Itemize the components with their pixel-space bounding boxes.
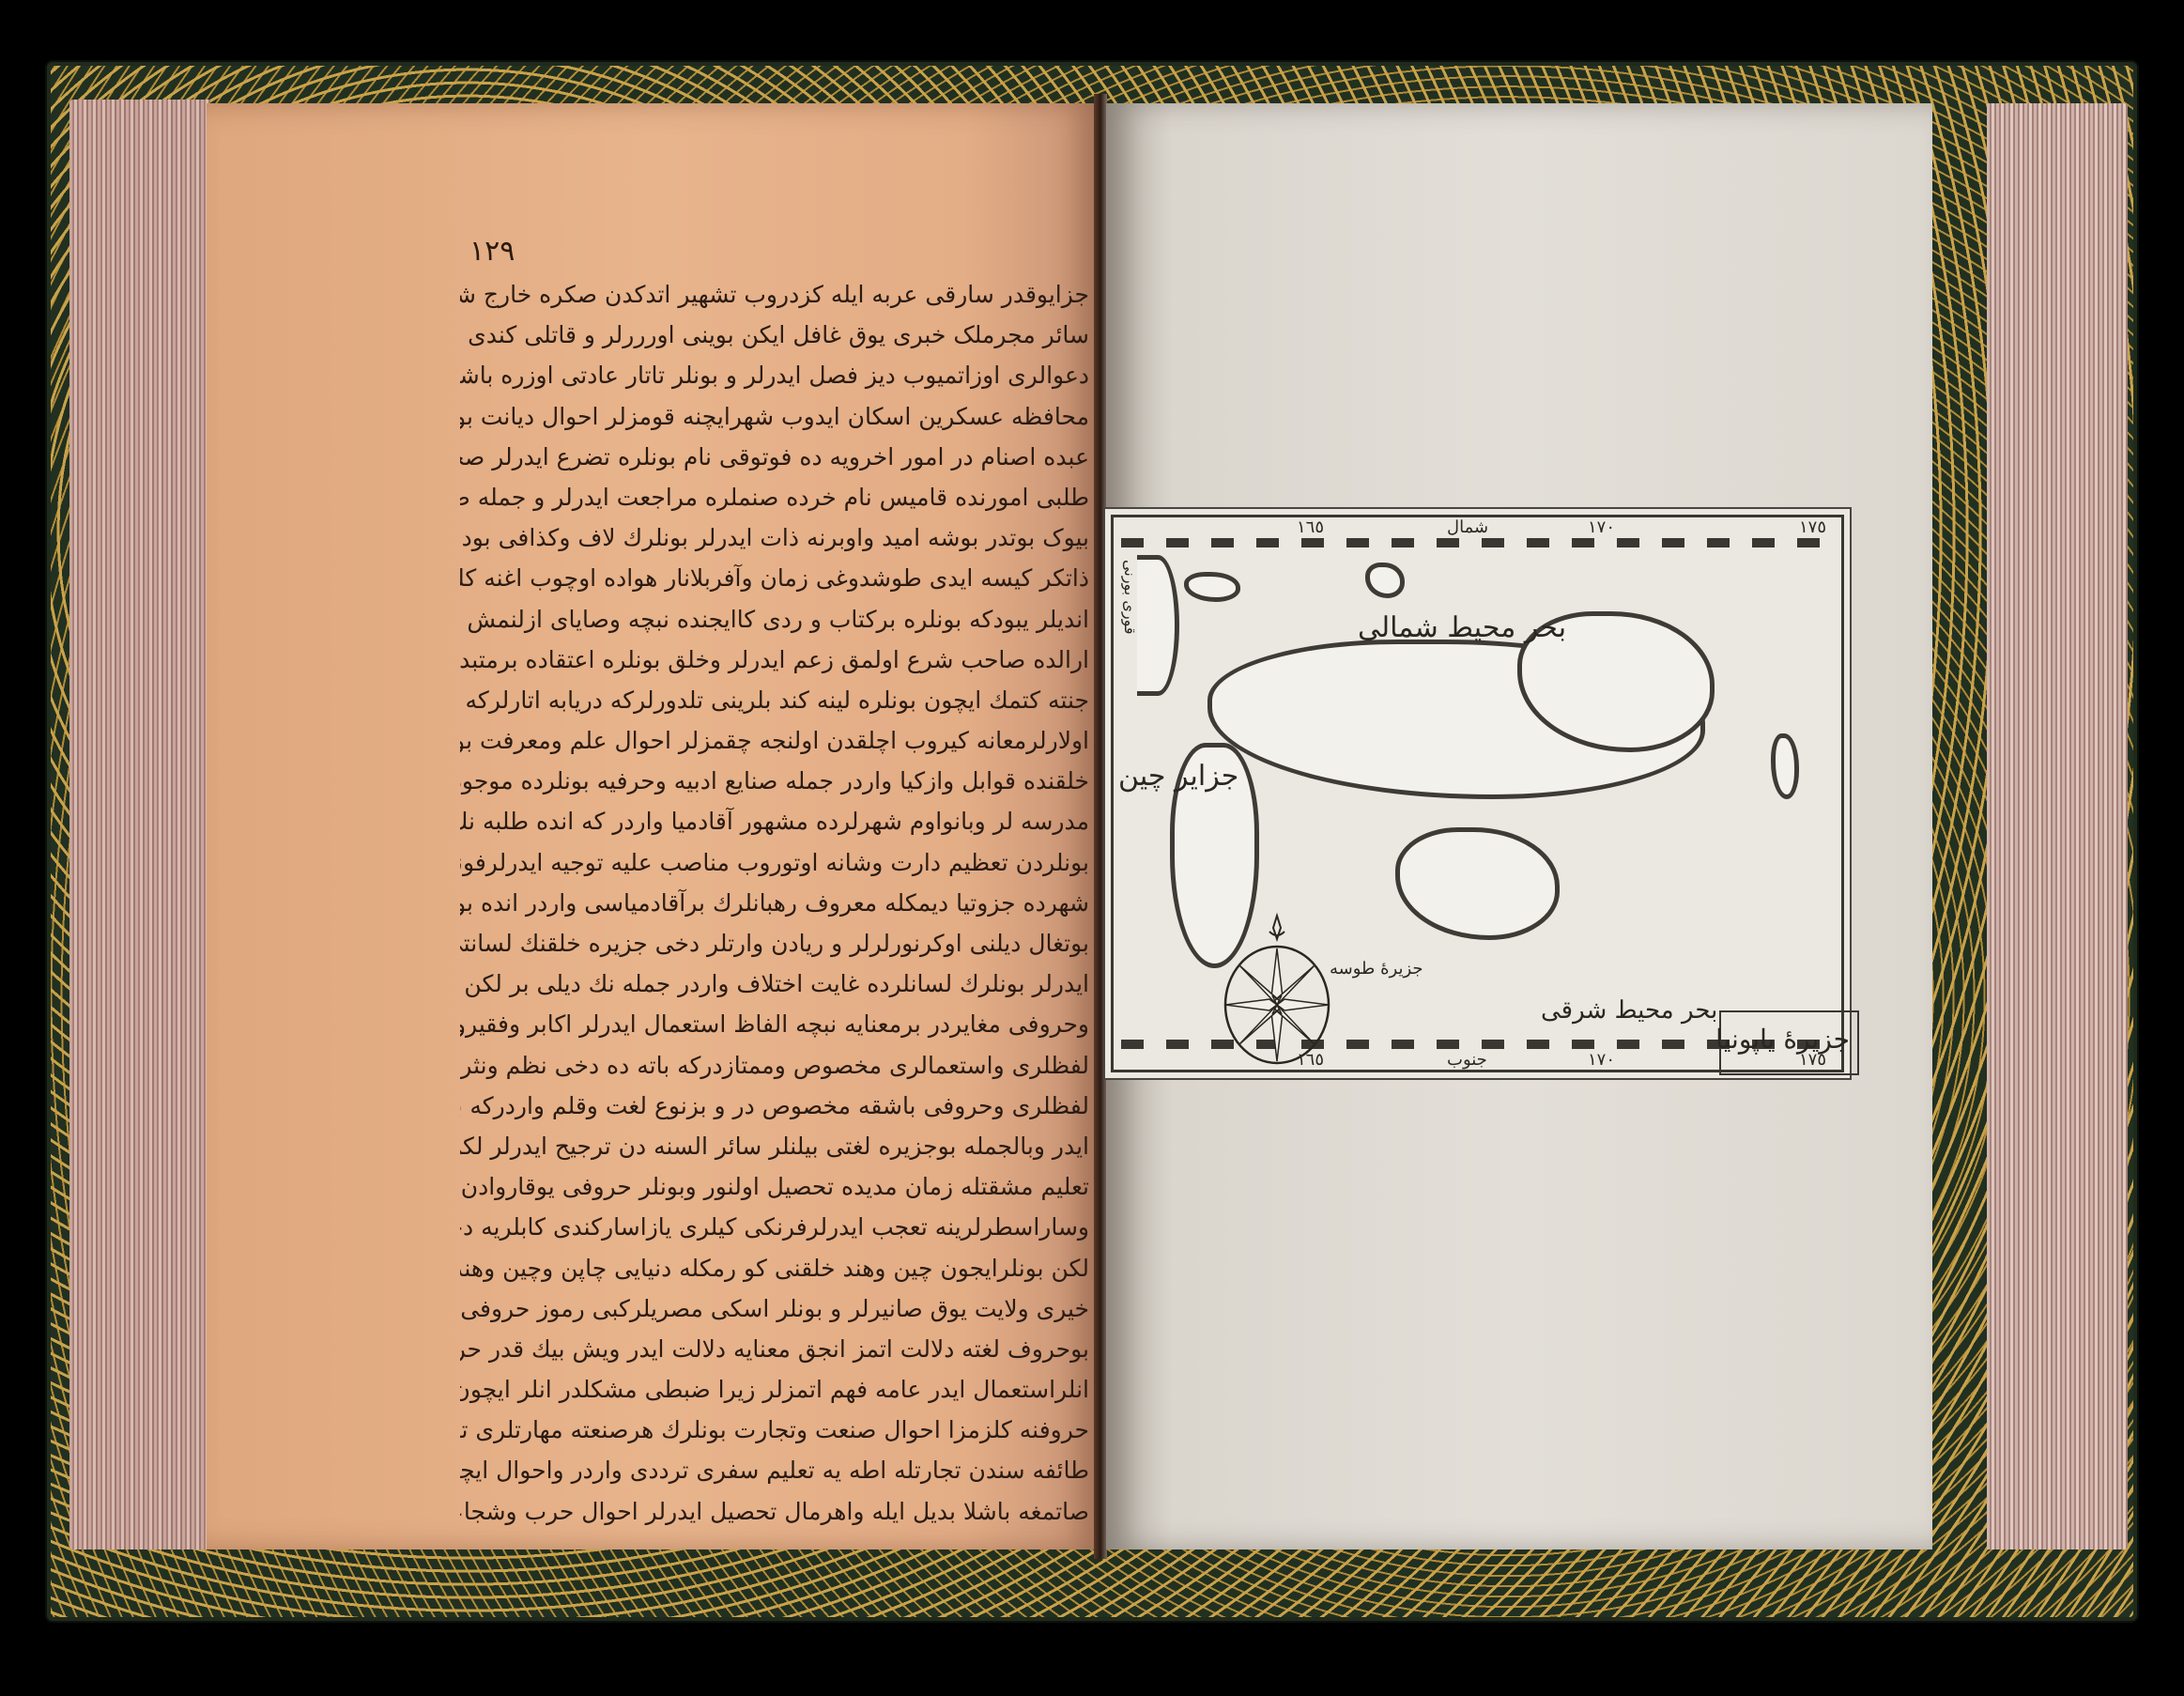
south-label: جنوب: [1447, 1050, 1487, 1070]
text-line: طائفه سندن تجارتله اطه یه تعلیم سفری ترد…: [460, 1450, 1089, 1490]
text-line: محافظه عسکرین اسکان ایدوب شهرایچنه قومزل…: [460, 396, 1089, 437]
north-label: شمال: [1447, 517, 1488, 537]
text-line: بونلردن تعظیم دارت وشانه اوتوروب مناصب ع…: [460, 842, 1089, 883]
text-line: دعوالری اوزاتمیوب دیز فصل ایدرلر و بونلر…: [460, 355, 1089, 395]
text-line: ایدرلر بونلرك لسانلرده غایت اختلاف واردر…: [460, 964, 1089, 1004]
page-number: ١٢٩: [469, 235, 515, 268]
text-line: ایدر وبالجمله بوجزیره لغتی بیلنلر سائر ا…: [460, 1126, 1089, 1166]
text-line: حروفنه کلزمزا احوال صنعت وتجارت بونلرك ه…: [460, 1410, 1089, 1450]
text-line: لفظلری واستعمالری مخصوص وممتازدرکه باته …: [460, 1045, 1089, 1086]
sado-island: [1365, 563, 1405, 598]
compass-rose-icon: [1221, 911, 1333, 1066]
text-line: جنته کتمك ایچون بونلره لینه کند بلرینی ت…: [460, 680, 1089, 720]
map-title: جزیرهٔ یاپونیا: [1715, 1024, 1850, 1055]
text-line: مدرسه لر وبانواوم شهرلرده مشهور آقادمیا …: [460, 801, 1089, 841]
text-line: وساراسطرلرینه تعجب ایدرلرفرنکی کیلری یاز…: [460, 1207, 1089, 1247]
right-page-edges: [1987, 103, 2128, 1550]
oki-island: [1184, 572, 1240, 602]
text-line: انلراستعمال ایدر عامه فهم اتمزلر زیرا ضب…: [460, 1369, 1089, 1410]
china-islands-label: جزایر چین: [1118, 760, 1238, 793]
left-page-edges: [69, 100, 210, 1550]
text-line: سائر مجرملک خبری یوق غافل ایکن بوینی اور…: [460, 315, 1089, 355]
text-line: تعلیم مشقتله زمان مدیده تحصیل اولنور وبو…: [460, 1166, 1089, 1207]
north-sea-label: بحر محیط شمالی: [1358, 611, 1566, 644]
map-title-cartouche: جزیرهٔ یاپونیا: [1719, 1010, 1859, 1075]
east-small-island: [1771, 733, 1799, 799]
text-line: بوتغال دیلنی اوکرنورلرلر و ریادن وارتلر …: [460, 923, 1089, 964]
text-line: ارالده صاحب شرع اولمق زعم ایدرلر وخلق بو…: [460, 640, 1089, 680]
text-line: بوحروف لغته دلالت اتمز انجق معنایه دلالت…: [460, 1329, 1089, 1369]
east-sea-label: بحر محیط شرقی: [1541, 996, 1717, 1025]
text-line: وحروفی مغایردر برمعنایه نبچه الفاظ استعم…: [460, 1004, 1089, 1044]
map-scale-top: [1121, 538, 1834, 547]
text-line: خیری ولایت یوق صانیرلر و بونلر اسکی مصری…: [460, 1288, 1089, 1329]
shikoku-island: [1395, 827, 1560, 940]
text-line: خلقنده قوابل وازکیا واردر جمله صنایع ادب…: [460, 761, 1089, 801]
text-line: بیوک بوتدر بوشه امید واوبرنه ذات ایدرلر …: [460, 517, 1089, 558]
text-line: طلبی امورنده قامیس نام خرده صنملره مراجع…: [460, 477, 1089, 517]
text-line: صاتمغه باشلا بدیل ایله واهرمال تحصیل اید…: [460, 1491, 1089, 1532]
text-line: عبده اصنام در امور اخرویه ده فوتوقی نام …: [460, 437, 1089, 477]
longitude-tick: ١٦٥: [1297, 517, 1324, 537]
longitude-tick: ١٧٥: [1799, 517, 1826, 537]
korea-coast: [1137, 555, 1179, 696]
korea-cape-label: قوری بورنی: [1121, 560, 1139, 634]
ottoman-text-body: جزایوقدر سارقی عربه ایله کزدروب تشهیر ات…: [460, 274, 1089, 1532]
text-line: لفظلری وحروفی باشقه مخصوص در و بزنوع لغت…: [460, 1086, 1089, 1126]
text-line: جزایوقدر سارقی عربه ایله کزدروب تشهیر ات…: [460, 274, 1089, 315]
text-line: اندیلر یبودکه بونلره برکتاب و ردی کاایجن…: [460, 599, 1089, 640]
text-line: ذاتکر کیسه ایدی طوشدوغی زمان وآفربلانار …: [460, 558, 1089, 598]
longitude-tick: ١٧٠: [1588, 517, 1615, 537]
longitude-tick: ١٧٠: [1588, 1050, 1615, 1070]
text-line: لکن بونلرایجون چین وهند خلقنی کو رمکله د…: [460, 1248, 1089, 1288]
tosa-island-label: جزیرهٔ طوسه: [1330, 959, 1423, 979]
text-line: شهرده جزوتیا دیمکله معروف رهبانلرك برآقا…: [460, 883, 1089, 923]
book-gutter: [1094, 94, 1107, 1559]
text-line: اولارلرمعانه كيروب اچلقدن اولنجه چقمزلر …: [460, 720, 1089, 761]
